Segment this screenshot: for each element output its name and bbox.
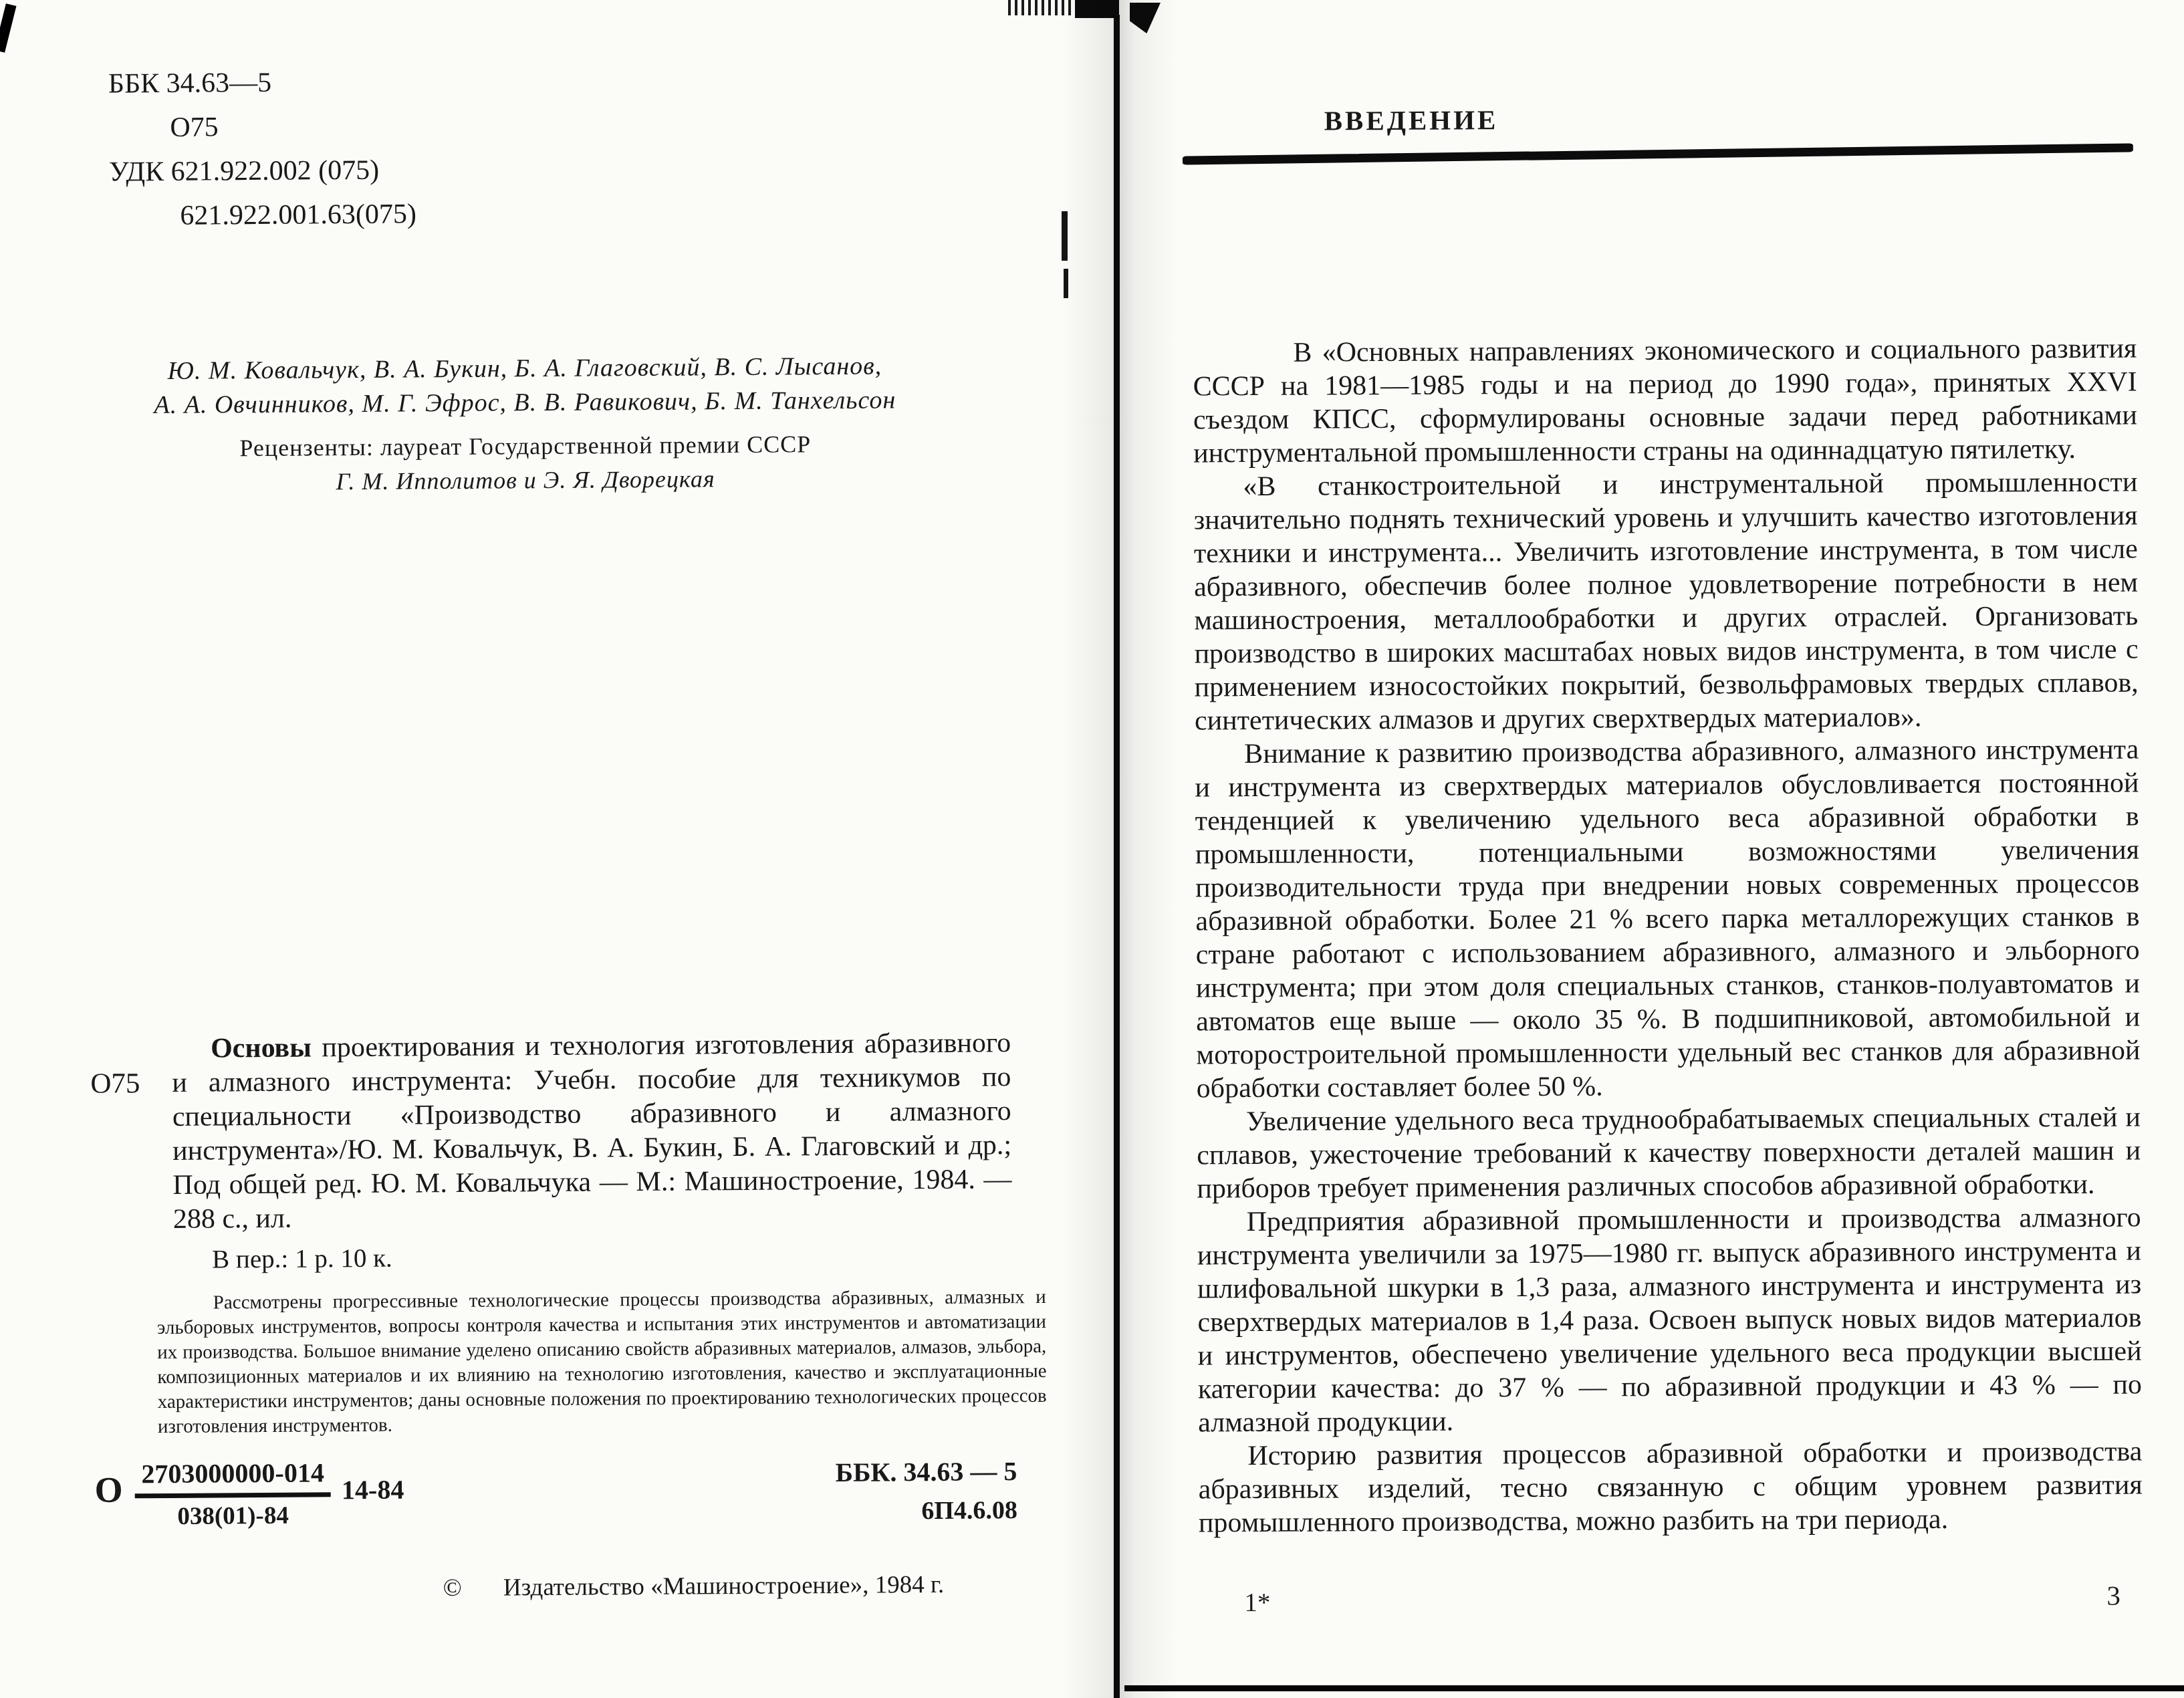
intro-paragraph: Историю развития процессов абразивной об…	[1198, 1435, 2143, 1540]
bbk-code: ББК 34.63—5	[108, 59, 416, 106]
introduction-text: В «Основных направлениях экономического …	[1193, 332, 2143, 1540]
price-line: В пер.: 1 р. 10 к.	[173, 1239, 1012, 1275]
formula-letter: О	[94, 1469, 122, 1510]
formula-numerator: 2703000000-014	[134, 1457, 331, 1498]
intro-paragraph: Внимание к развитию производства абразив…	[1195, 733, 2141, 1106]
reviewers-line-2: Г. М. Ипполитов и Э. Я. Дворецкая	[76, 461, 975, 501]
udk-code: УДК 621.922.002 (075)	[109, 148, 416, 194]
bbk-bottom-codes: ББК. 34.63 — 5 6П4.6.08	[835, 1452, 1017, 1531]
authors-line-1: Ю. М. Ковальчук, В. А. Букин, Б. А. Глаг…	[76, 349, 974, 389]
publication-order-formula: О 2703000000-014 038(01)-84 14-84	[94, 1457, 404, 1532]
copyright-text: Издательство «Машиностроение», 1984 г.	[503, 1570, 945, 1602]
intro-paragraph: «В станкостроительной и инструментальной…	[1193, 466, 2139, 738]
udk-code-2: 621.922.001.63(075)	[109, 192, 416, 238]
book-spread: ББК 34.63—5 О75 УДК 621.922.002 (075) 62…	[0, 0, 2184, 1698]
formula-denominator: 038(01)-84	[135, 1497, 332, 1531]
intro-paragraph: Увеличение удельного веса труднообрабаты…	[1197, 1100, 2141, 1205]
formula-suffix: 14-84	[342, 1474, 404, 1506]
signature-mark: 1*	[1244, 1588, 1270, 1618]
classification-codes: ББК 34.63—5 О75 УДК 621.922.002 (075) 62…	[108, 59, 416, 238]
imprint-page: ББК 34.63—5 О75 УДК 621.922.002 (075) 62…	[0, 0, 1102, 1698]
book-spine-line	[1114, 15, 1120, 1698]
authors-block: Ю. М. Ковальчук, В. А. Букин, Б. А. Глаг…	[76, 349, 975, 501]
copyright-icon: ©	[443, 1574, 462, 1602]
catalog-letter-code: О75	[108, 104, 416, 150]
publication-codes-row: О 2703000000-014 038(01)-84 14-84 ББК. 3…	[94, 1452, 1017, 1536]
heading-rule	[1183, 143, 2133, 164]
page-number: 3	[2106, 1580, 2120, 1612]
bbk-bottom-line-2: 6П4.6.08	[836, 1491, 1017, 1531]
catalog-code-margin: О75	[90, 1067, 140, 1100]
authors-line-2: А. А. Овчинников, М. Г. Эфрос, В. В. Рав…	[76, 383, 974, 423]
title-lead-word: Основы	[211, 1032, 312, 1064]
copyright-line: © Издательство «Машиностроение», 1984 г.	[443, 1570, 1015, 1602]
bbk-bottom-line-1: ББК. 34.63 — 5	[835, 1452, 1017, 1492]
chapter-heading: ВВЕДЕНИЕ	[1324, 104, 1499, 136]
intro-paragraph: Предприятия абразивной промышленности и …	[1197, 1201, 2143, 1439]
annotation-paragraph: Рассмотрены прогрессивные технологически…	[157, 1285, 1048, 1439]
intro-paragraph: В «Основных направлениях экономического …	[1193, 332, 2137, 471]
formula-fraction: 2703000000-014 038(01)-84	[134, 1457, 331, 1531]
bibliographic-description: Основы проектирования и технология изгот…	[172, 1026, 1012, 1237]
introduction-page: ВВЕДЕНИЕ В «Основных направлениях эконом…	[1132, 0, 2184, 1698]
reviewers-line-1: Рецензенты: лауреат Государственной прем…	[76, 427, 975, 467]
bibliographic-column: Основы проектирования и технология изгот…	[172, 1026, 1015, 1604]
